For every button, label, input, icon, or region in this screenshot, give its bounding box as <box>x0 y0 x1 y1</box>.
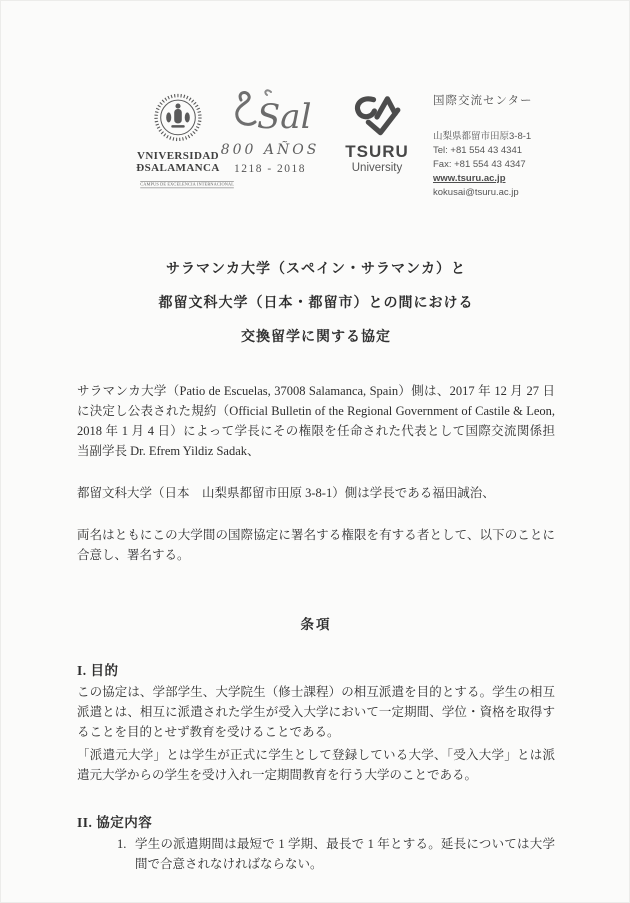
section-purpose-paragraph-1: この協定は、学部学生、大学院生（修士課程）の相互派遣を目的とする。学生の相互派遣… <box>77 682 555 742</box>
section-heading-purpose: I. 目的 <box>77 659 555 679</box>
section-purpose-paragraph-2: 「派遣元大学」とは学生が正式に学生として登録している大学、「受入大学」とは派遣元… <box>77 745 555 785</box>
paragraph-agreement-statement: 両名はともにこの大学間の国際協定に署名する権限を有する者として、以下のことに合意… <box>77 525 555 565</box>
articles-heading: 条項 <box>77 613 555 633</box>
letterhead: VNIVERSIDAD ĐSALAMANCA CAMPUS DE EXCELEN… <box>0 0 630 195</box>
tsuru-name: TSURU <box>334 143 420 161</box>
document-body: サラマンカ大学（スペイン・サラマンカ）と 都留文科大学（日本・都留市）との間にお… <box>77 195 555 874</box>
section-heading-contents: II. 協定内容 <box>77 811 555 831</box>
anniversary-years: 1218 - 2018 <box>218 163 322 175</box>
svg-text:Sal: Sal <box>257 97 311 137</box>
sal-script-icon: Sal <box>227 86 313 144</box>
tsuru-crane-icon <box>351 92 403 142</box>
contact-tel: Tel: +81 554 43 4341 <box>433 144 568 158</box>
anniversary-logo: Sal 800 AÑOS 1218 - 2018 <box>218 86 322 175</box>
salamanca-campus-subtitle: CAMPUS DE EXCELENCIA INTERNACIONAL <box>140 181 234 188</box>
document-title: サラマンカ大学（スペイン・サラマンカ）と 都留文科大学（日本・都留市）との間にお… <box>77 253 555 355</box>
scanned-agreement-page: VNIVERSIDAD ĐSALAMANCA CAMPUS DE EXCELEN… <box>0 0 630 903</box>
item-number: 1. <box>117 834 135 874</box>
contact-website-link: www.tsuru.ac.jp <box>433 172 568 186</box>
agreement-item-1: 1. 学生の派遣期間は最短で 1 学期、最長で 1 年とする。延長については大学… <box>117 834 555 874</box>
anniversary-800-anos: 800 AÑOS <box>218 142 322 158</box>
title-line-2: 都留文科大学（日本・都留市）との間における <box>77 287 555 321</box>
paragraph-salamanca-signatory: サラマンカ大学（Patio de Escuelas, 37008 Salaman… <box>77 381 555 461</box>
contact-title: 国際交流センター <box>433 92 568 108</box>
paragraph-tsuru-signatory: 都留文科大学（日本 山梨県都留市田原 3-8-1）側は学長である福田誠治、 <box>77 483 555 503</box>
contact-block: 国際交流センター 山梨県都留市田原3-8-1 Tel: +81 554 43 4… <box>433 92 568 200</box>
contact-fax: Fax: +81 554 43 4347 <box>433 158 568 172</box>
contact-address: 山梨県都留市田原3-8-1 <box>433 130 568 144</box>
salamanca-seal-icon <box>151 92 205 148</box>
item-text: 学生の派遣期間は最短で 1 学期、最長で 1 年とする。延長については大学間で合… <box>135 834 555 874</box>
tsuru-logo: TSURU University <box>334 92 420 175</box>
tsuru-subtitle: University <box>334 161 420 175</box>
title-line-3: 交換留学に関する協定 <box>77 321 555 355</box>
title-line-1: サラマンカ大学（スペイン・サラマンカ）と <box>77 253 555 287</box>
